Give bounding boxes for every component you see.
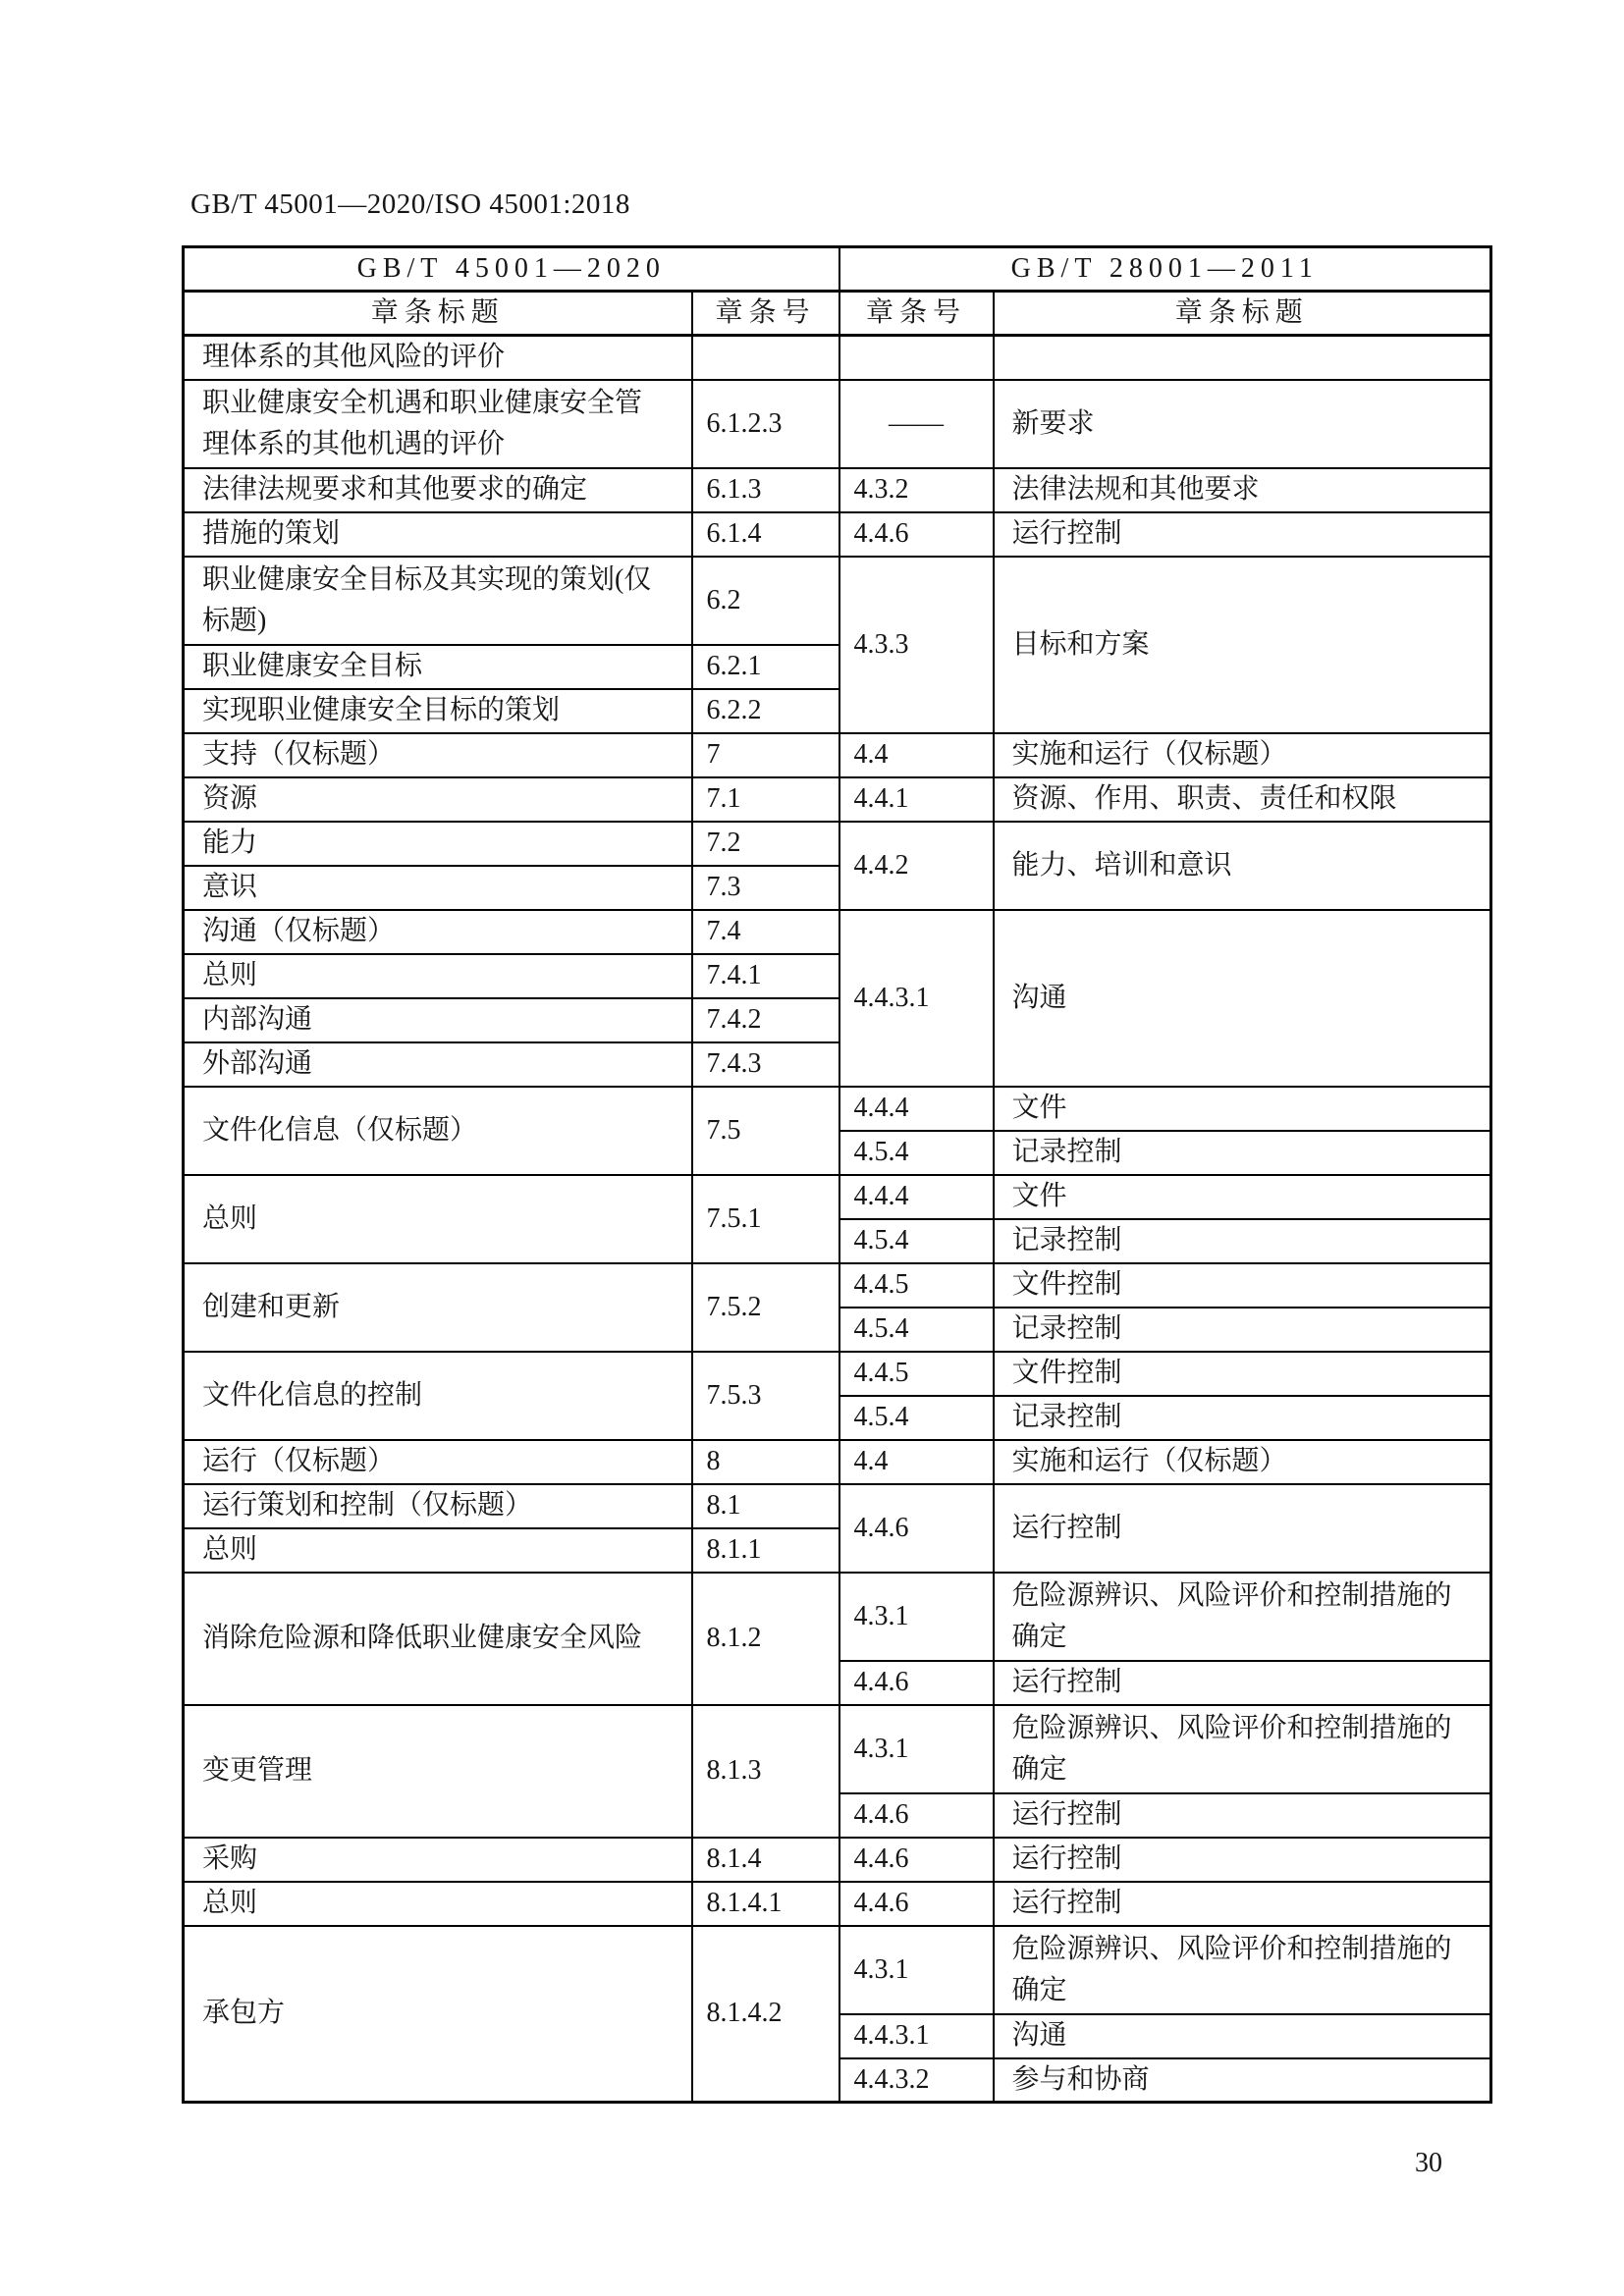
cell-45001-clause: 7.4 <box>692 910 839 954</box>
cell-45001-clause: 8.1.4 <box>692 1838 839 1882</box>
cell-45001-title: 理体系的其他风险的评价 <box>184 336 692 380</box>
cell-28001-title: 危险源辨识、风险评价和控制措施的确定 <box>994 1705 1491 1793</box>
table-row: 沟通（仅标题） 7.4 4.4.3.1 沟通 <box>184 910 1491 954</box>
cell-45001-clause: 6.2.2 <box>692 689 839 733</box>
table-row: 文件化信息的控制 7.5.3 4.4.5 文件控制 <box>184 1352 1491 1396</box>
cell-45001-clause: 7.1 <box>692 777 839 822</box>
cell-45001-title: 总则 <box>184 1882 692 1926</box>
cell-45001-title: 措施的策划 <box>184 512 692 557</box>
cell-28001-title: 目标和方案 <box>994 557 1491 733</box>
cell-28001-title: 法律法规和其他要求 <box>994 468 1491 512</box>
cell-28001-title: 实施和运行（仅标题） <box>994 1440 1491 1484</box>
table-row: 运行（仅标题） 8 4.4 实施和运行（仅标题） <box>184 1440 1491 1484</box>
cell-28001-title: 新要求 <box>994 380 1491 468</box>
cell-28001-clause: 4.4.6 <box>839 512 994 557</box>
cell-28001-title: 运行控制 <box>994 1793 1491 1838</box>
cell-28001-clause: 4.4.2 <box>839 822 994 910</box>
table-row: 创建和更新 7.5.2 4.4.5 文件控制 <box>184 1263 1491 1308</box>
cell-28001-clause: 4.3.1 <box>839 1573 994 1661</box>
cell-45001-title: 文件化信息（仅标题） <box>184 1087 692 1175</box>
table-row: 总则 8.1.4.1 4.4.6 运行控制 <box>184 1882 1491 1926</box>
group-header-gbt28001: GB/T 28001—2011 <box>839 247 1491 292</box>
cell-45001-clause: 8.1.4.1 <box>692 1882 839 1926</box>
cell-45001-clause: 6.1.3 <box>692 468 839 512</box>
cell-45001-clause: 7.5.1 <box>692 1175 839 1263</box>
cell-45001-title: 职业健康安全目标及其实现的策划(仅标题) <box>184 557 692 645</box>
table-row: 措施的策划 6.1.4 4.4.6 运行控制 <box>184 512 1491 557</box>
cell-28001-clause: —— <box>839 380 994 468</box>
cell-45001-title: 实现职业健康安全目标的策划 <box>184 689 692 733</box>
cell-28001-clause <box>839 336 994 380</box>
cell-45001-clause: 7 <box>692 733 839 777</box>
cell-45001-title: 运行策划和控制（仅标题） <box>184 1484 692 1528</box>
cell-28001-title: 运行控制 <box>994 1882 1491 1926</box>
cell-28001-clause: 4.4 <box>839 1440 994 1484</box>
cell-45001-title: 能力 <box>184 822 692 866</box>
cell-45001-clause: 8.1.1 <box>692 1528 839 1573</box>
cell-28001-clause: 4.4.3.1 <box>839 910 994 1087</box>
cell-45001-clause: 6.2 <box>692 557 839 645</box>
cell-28001-title: 资源、作用、职责、责任和权限 <box>994 777 1491 822</box>
col-header-45001-clause: 章条号 <box>692 292 839 336</box>
doc-header: GB/T 45001—2020/ISO 45001:2018 <box>190 188 630 221</box>
cell-45001-clause: 7.2 <box>692 822 839 866</box>
cell-28001-title <box>994 336 1491 380</box>
table-group-header-row: GB/T 45001—2020 GB/T 28001—2011 <box>184 247 1491 292</box>
cell-45001-clause: 7.3 <box>692 866 839 910</box>
cell-28001-clause: 4.4.5 <box>839 1352 994 1396</box>
col-header-28001-clause: 章条号 <box>839 292 994 336</box>
cell-28001-clause: 4.4.3.1 <box>839 2014 994 2058</box>
cell-45001-title: 创建和更新 <box>184 1263 692 1352</box>
cell-45001-title: 法律法规要求和其他要求的确定 <box>184 468 692 512</box>
cell-28001-title: 运行控制 <box>994 512 1491 557</box>
table-row: 法律法规要求和其他要求的确定 6.1.3 4.3.2 法律法规和其他要求 <box>184 468 1491 512</box>
cell-45001-clause: 8.1.2 <box>692 1573 839 1705</box>
cell-45001-title: 变更管理 <box>184 1705 692 1838</box>
cell-45001-title: 资源 <box>184 777 692 822</box>
cell-28001-title: 文件 <box>994 1175 1491 1219</box>
cell-45001-title: 意识 <box>184 866 692 910</box>
cell-28001-clause: 4.3.3 <box>839 557 994 733</box>
cell-28001-clause: 4.4.6 <box>839 1838 994 1882</box>
table-row: 总则 7.5.1 4.4.4 文件 <box>184 1175 1491 1219</box>
cell-28001-clause: 4.4.1 <box>839 777 994 822</box>
table-row: 文件化信息（仅标题） 7.5 4.4.4 文件 <box>184 1087 1491 1131</box>
table-row: 变更管理 8.1.3 4.3.1 危险源辨识、风险评价和控制措施的确定 <box>184 1705 1491 1793</box>
cell-45001-title: 沟通（仅标题） <box>184 910 692 954</box>
page-number: 30 <box>1399 2148 1458 2179</box>
cell-28001-clause: 4.4.6 <box>839 1484 994 1573</box>
cell-45001-clause: 8.1 <box>692 1484 839 1528</box>
cell-28001-clause: 4.5.4 <box>839 1396 994 1440</box>
cell-45001-clause: 6.1.2.3 <box>692 380 839 468</box>
cell-45001-clause <box>692 336 839 380</box>
cell-28001-title: 沟通 <box>994 2014 1491 2058</box>
cell-45001-clause: 7.4.1 <box>692 954 839 998</box>
table-row: 采购 8.1.4 4.4.6 运行控制 <box>184 1838 1491 1882</box>
cell-45001-clause: 7.5 <box>692 1087 839 1175</box>
cell-28001-clause: 4.5.4 <box>839 1219 994 1263</box>
table-row: 职业健康安全目标及其实现的策划(仅标题) 6.2 4.3.3 目标和方案 <box>184 557 1491 645</box>
cell-45001-title: 职业健康安全机遇和职业健康安全管理体系的其他机遇的评价 <box>184 380 692 468</box>
cell-28001-clause: 4.4 <box>839 733 994 777</box>
table-row: 承包方 8.1.4.2 4.3.1 危险源辨识、风险评价和控制措施的确定 <box>184 1926 1491 2014</box>
cell-28001-clause: 4.5.4 <box>839 1131 994 1175</box>
table-row: 资源 7.1 4.4.1 资源、作用、职责、责任和权限 <box>184 777 1491 822</box>
cell-28001-clause: 4.5.4 <box>839 1308 994 1352</box>
cell-28001-title: 文件 <box>994 1087 1491 1131</box>
cell-45001-title: 运行（仅标题） <box>184 1440 692 1484</box>
cell-45001-title: 文件化信息的控制 <box>184 1352 692 1440</box>
cell-45001-clause: 7.4.3 <box>692 1042 839 1087</box>
cell-28001-title: 记录控制 <box>994 1396 1491 1440</box>
cell-28001-title: 沟通 <box>994 910 1491 1087</box>
cell-45001-clause: 7.4.2 <box>692 998 839 1042</box>
cell-45001-title: 支持（仅标题） <box>184 733 692 777</box>
document-page: GB/T 45001—2020/ISO 45001:2018 GB/T 4500… <box>0 0 1624 2296</box>
cell-28001-clause: 4.4.6 <box>839 1882 994 1926</box>
standards-mapping-table: GB/T 45001—2020 GB/T 28001—2011 章条标题 章条号… <box>182 245 1492 2104</box>
col-header-45001-title: 章条标题 <box>184 292 692 336</box>
cell-45001-clause: 8.1.3 <box>692 1705 839 1838</box>
cell-45001-title: 消除危险源和降低职业健康安全风险 <box>184 1573 692 1705</box>
table-row: 消除危险源和降低职业健康安全风险 8.1.2 4.3.1 危险源辨识、风险评价和… <box>184 1573 1491 1661</box>
cell-28001-title: 记录控制 <box>994 1308 1491 1352</box>
cell-45001-clause: 7.5.3 <box>692 1352 839 1440</box>
table-row: 职业健康安全机遇和职业健康安全管理体系的其他机遇的评价 6.1.2.3 —— 新… <box>184 380 1491 468</box>
table-row: 能力 7.2 4.4.2 能力、培训和意识 <box>184 822 1491 866</box>
cell-45001-title: 采购 <box>184 1838 692 1882</box>
cell-28001-title: 文件控制 <box>994 1263 1491 1308</box>
cell-28001-clause: 4.4.5 <box>839 1263 994 1308</box>
cell-28001-clause: 4.4.6 <box>839 1793 994 1838</box>
cell-45001-clause: 7.5.2 <box>692 1263 839 1352</box>
cell-45001-clause: 8 <box>692 1440 839 1484</box>
table-row: 支持（仅标题） 7 4.4 实施和运行（仅标题） <box>184 733 1491 777</box>
cell-28001-title: 参与和协商 <box>994 2058 1491 2103</box>
cell-28001-title: 记录控制 <box>994 1131 1491 1175</box>
cell-28001-clause: 4.4.4 <box>839 1175 994 1219</box>
cell-28001-title: 危险源辨识、风险评价和控制措施的确定 <box>994 1573 1491 1661</box>
col-header-28001-title: 章条标题 <box>994 292 1491 336</box>
cell-28001-title: 运行控制 <box>994 1484 1491 1573</box>
cell-45001-clause: 6.1.4 <box>692 512 839 557</box>
cell-28001-clause: 4.4.3.2 <box>839 2058 994 2103</box>
cell-45001-title: 内部沟通 <box>184 998 692 1042</box>
cell-28001-clause: 4.3.1 <box>839 1705 994 1793</box>
cell-28001-title: 危险源辨识、风险评价和控制措施的确定 <box>994 1926 1491 2014</box>
cell-45001-title: 外部沟通 <box>184 1042 692 1087</box>
cell-28001-clause: 4.4.6 <box>839 1661 994 1705</box>
cell-45001-clause: 8.1.4.2 <box>692 1926 839 2103</box>
table-row: 运行策划和控制（仅标题） 8.1 4.4.6 运行控制 <box>184 1484 1491 1528</box>
cell-28001-clause: 4.3.1 <box>839 1926 994 2014</box>
cell-45001-title: 总则 <box>184 1175 692 1263</box>
cell-28001-title: 运行控制 <box>994 1838 1491 1882</box>
table-row: 理体系的其他风险的评价 <box>184 336 1491 380</box>
cell-45001-title: 总则 <box>184 954 692 998</box>
cell-45001-title: 总则 <box>184 1528 692 1573</box>
cell-28001-title: 记录控制 <box>994 1219 1491 1263</box>
cell-28001-title: 运行控制 <box>994 1661 1491 1705</box>
cell-28001-clause: 4.3.2 <box>839 468 994 512</box>
table-column-header-row: 章条标题 章条号 章条号 章条标题 <box>184 292 1491 336</box>
cell-28001-title: 文件控制 <box>994 1352 1491 1396</box>
cell-45001-clause: 6.2.1 <box>692 645 839 689</box>
cell-45001-title: 职业健康安全目标 <box>184 645 692 689</box>
cell-28001-title: 实施和运行（仅标题） <box>994 733 1491 777</box>
group-header-gbt45001: GB/T 45001—2020 <box>184 247 839 292</box>
cell-28001-title: 能力、培训和意识 <box>994 822 1491 910</box>
cell-28001-clause: 4.4.4 <box>839 1087 994 1131</box>
cell-45001-title: 承包方 <box>184 1926 692 2103</box>
